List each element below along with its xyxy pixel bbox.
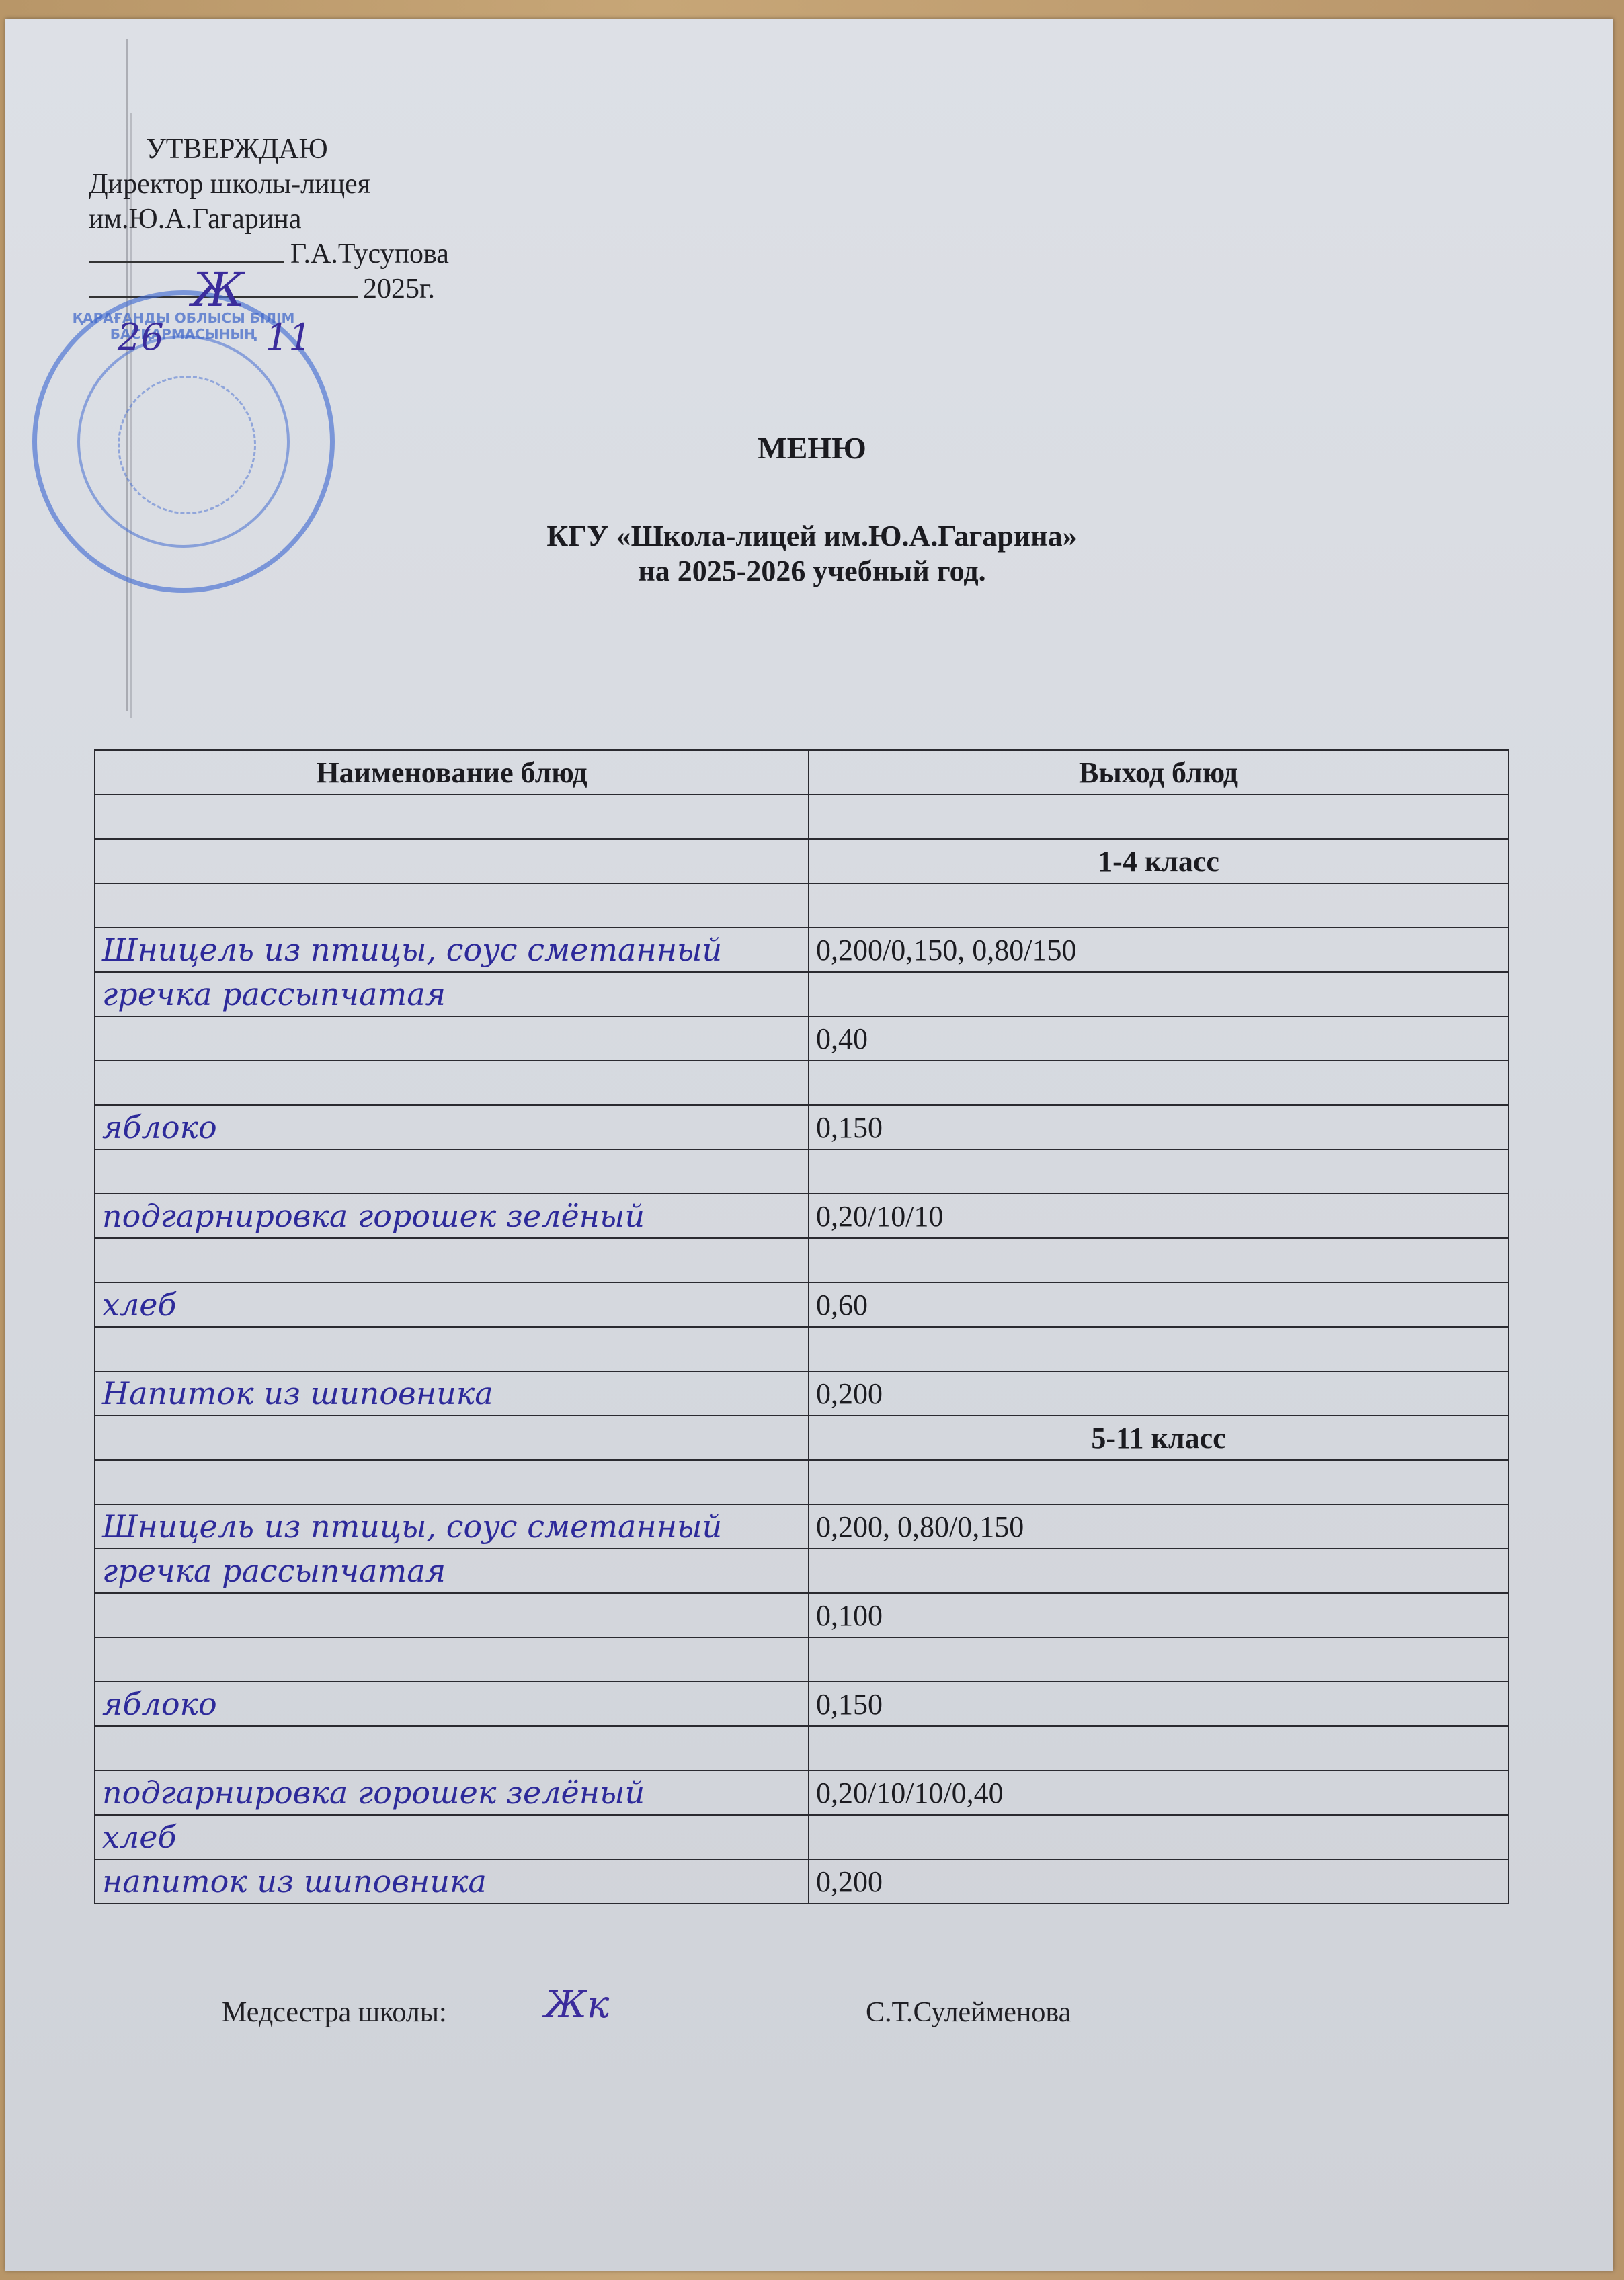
approval-position: Директор школы-лицея: [89, 167, 449, 202]
director-name: Г.А.Тусупова: [290, 239, 449, 270]
yield-cell: 0,20/10/10: [809, 1194, 1508, 1238]
column-header-yield: Выход блюд: [809, 750, 1508, 795]
class-group-label: 5-11 класс: [809, 1416, 1508, 1460]
table-row: [95, 1238, 1508, 1282]
table-row: [95, 1460, 1508, 1504]
dish-name-cell: Шницель из птицы, соус сметанный: [95, 928, 809, 972]
dish-name-cell: [95, 795, 809, 839]
yield-cell: 0,40: [809, 1016, 1508, 1061]
signature-line: [89, 261, 284, 263]
table-row: подгарнировка горошек зелёный0,20/10/10: [95, 1194, 1508, 1238]
menu-table: Наименование блюд Выход блюд 1-4 классШн…: [94, 749, 1509, 1904]
yield-cell: 0,150: [809, 1682, 1508, 1726]
table-row: [95, 1149, 1508, 1194]
dish-name-cell: подгарнировка горошек зелёный: [95, 1194, 809, 1238]
table-row: хлеб0,60: [95, 1282, 1508, 1327]
dish-name-cell: Шницель из птицы, соус сметанный: [95, 1504, 809, 1549]
class-group-label: 1-4 класс: [809, 839, 1508, 883]
approval-year: 2025г.: [363, 274, 435, 304]
yield-cell: 0,100: [809, 1593, 1508, 1637]
dish-name-cell: гречка рассыпчатая: [95, 1549, 809, 1593]
yield-cell: [809, 1815, 1508, 1859]
dish-name-cell: Напиток из шиповника: [95, 1371, 809, 1416]
table-row: [95, 1327, 1508, 1371]
dish-name-cell: яблоко: [95, 1682, 809, 1726]
table-row: 0,40: [95, 1016, 1508, 1061]
yield-cell: 0,60: [809, 1282, 1508, 1327]
table-row: Шницель из птицы, соус сметанный0,200, 0…: [95, 1504, 1508, 1549]
nurse-name: С.Т.Сулейменова: [866, 1996, 1071, 2029]
approval-heading: УТВЕРЖДАЮ: [89, 132, 449, 167]
yield-cell: [809, 1637, 1508, 1682]
table-row: яблоко0,150: [95, 1682, 1508, 1726]
dish-name-cell: хлеб: [95, 1815, 809, 1859]
yield-cell: [809, 1149, 1508, 1194]
dish-name-cell: [95, 1149, 809, 1194]
dish-name-cell: [95, 1238, 809, 1282]
column-header-dish: Наименование блюд: [95, 750, 809, 795]
yield-cell: [809, 1549, 1508, 1593]
yield-cell: [809, 795, 1508, 839]
yield-cell: [809, 883, 1508, 928]
dish-name-cell: [95, 883, 809, 928]
table-row: [95, 883, 1508, 928]
table-row: подгарнировка горошек зелёный0,20/10/10/…: [95, 1770, 1508, 1815]
dish-name-cell: [95, 1416, 809, 1460]
document-title: МЕНЮ: [0, 430, 1624, 466]
dish-name-cell: подгарнировка горошек зелёный: [95, 1770, 809, 1815]
table-row: напиток из шиповника0,200: [95, 1859, 1508, 1904]
table-row: [95, 1726, 1508, 1770]
table-row: яблоко0,150: [95, 1105, 1508, 1149]
academic-year: на 2025-2026 учебный год.: [0, 554, 1624, 589]
table-row: хлеб: [95, 1815, 1508, 1859]
date-month: 11: [266, 316, 312, 358]
dish-name-cell: хлеб: [95, 1282, 809, 1327]
table-row: [95, 1637, 1508, 1682]
dish-name-cell: яблоко: [95, 1105, 809, 1149]
dish-name-cell: [95, 1061, 809, 1105]
yield-cell: [809, 1061, 1508, 1105]
yield-cell: 0,200: [809, 1371, 1508, 1416]
table-row: гречка рассыпчатая: [95, 1549, 1508, 1593]
nurse-role: Медсестра школы:: [222, 1996, 447, 2029]
section-row: 5-11 класс: [95, 1416, 1508, 1460]
table-row: гречка рассыпчатая: [95, 972, 1508, 1016]
organization-name: КГУ «Школа-лицей им.Ю.А.Гагарина»: [0, 519, 1624, 554]
table-header-row: Наименование блюд Выход блюд: [95, 750, 1508, 795]
dish-name-cell: [95, 1460, 809, 1504]
table-row: Шницель из птицы, соус сметанный0,200/0,…: [95, 928, 1508, 972]
table-row: [95, 1061, 1508, 1105]
yield-cell: 0,200: [809, 1859, 1508, 1904]
table-row: 0,100: [95, 1593, 1508, 1637]
yield-cell: 0,200, 0,80/0,150: [809, 1504, 1508, 1549]
dish-name-cell: [95, 1726, 809, 1770]
director-signature: Ж: [192, 262, 245, 317]
yield-cell: [809, 972, 1508, 1016]
table-row: Напиток из шиповника0,200: [95, 1371, 1508, 1416]
table-row: [95, 795, 1508, 839]
section-row: 1-4 класс: [95, 839, 1508, 883]
approval-block: УТВЕРЖДАЮ Директор школы-лицея им.Ю.А.Га…: [89, 132, 449, 307]
dish-name-cell: [95, 1593, 809, 1637]
yield-cell: 0,20/10/10/0,40: [809, 1770, 1508, 1815]
dish-name-cell: [95, 839, 809, 883]
yield-cell: [809, 1726, 1508, 1770]
dish-name-cell: [95, 1637, 809, 1682]
yield-cell: 0,200/0,150, 0,80/150: [809, 928, 1508, 972]
organization-title: КГУ «Школа-лицей им.Ю.А.Гагарина» на 202…: [0, 519, 1624, 589]
approval-school: им.Ю.А.Гагарина: [89, 202, 449, 237]
dish-name-cell: гречка рассыпчатая: [95, 972, 809, 1016]
dish-name-cell: [95, 1327, 809, 1371]
yield-cell: [809, 1238, 1508, 1282]
yield-cell: [809, 1327, 1508, 1371]
yield-cell: [809, 1460, 1508, 1504]
date-day: 26: [118, 316, 164, 358]
dish-name-cell: напиток из шиповника: [95, 1859, 809, 1904]
yield-cell: 0,150: [809, 1105, 1508, 1149]
dish-name-cell: [95, 1016, 809, 1061]
nurse-signature: Жк: [544, 1983, 609, 2027]
